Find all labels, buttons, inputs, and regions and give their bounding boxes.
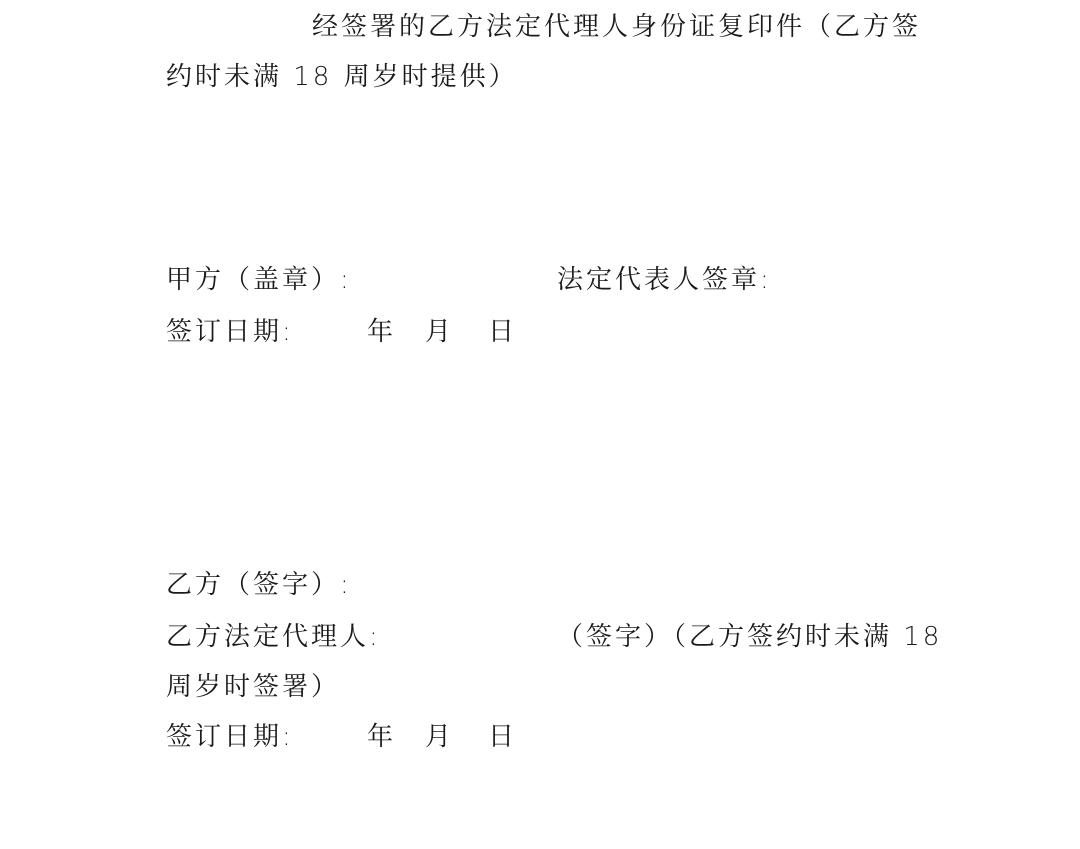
party-b-date-label: 签订日期: [166,722,294,752]
party-a-date-year: 年 [367,317,396,347]
attachment-note-line1: 经签署的乙方法定代理人身份证复印件（乙方签 [312,12,921,42]
party-a-date-label: 签订日期: [166,317,294,347]
party-b-signature-label: 乙方（签字）: [166,570,352,600]
attachment-note-line2: 约时未满 18 周岁时提供） [166,62,518,92]
party-a-date-day: 日 [488,317,517,347]
legal-representative-seal-label: 法定代表人签章: [557,265,772,295]
party-b-date-month: 月 [425,722,454,752]
party-a-date-month: 月 [425,317,454,347]
party-b-guardian-note-line2: 周岁时签署） [166,672,340,702]
party-b-date-year: 年 [367,722,396,752]
party-b-guardian-label: 乙方法定代理人: [166,622,381,652]
party-b-date-day: 日 [488,722,517,752]
party-a-seal-label: 甲方（盖章）: [166,265,352,295]
party-b-guardian-note-line1: （签字）（乙方签约时未满 18 [557,622,942,652]
